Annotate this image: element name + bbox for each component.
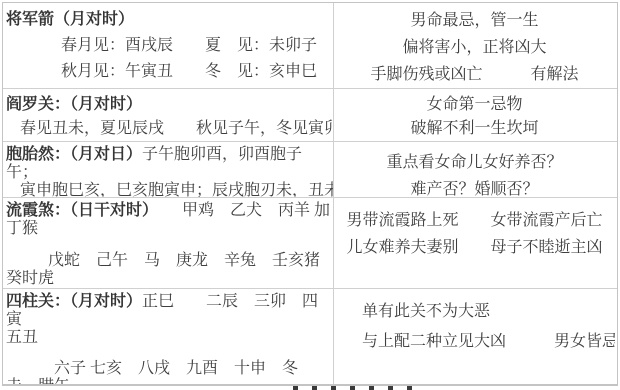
text-line: 儿女难养夫妻别 母子不睦逝主凶 [336,234,613,261]
text-line: 春月见：酉戌辰 夏 见：未卯子 [6,33,331,59]
guansha-table: 将军箭（月对时） 春月见：酉戌辰 夏 见：未卯子 秋月见：午寅丑 冬 见：亥申巳… [2,2,618,386]
text-line: 单有此关不为大恶 [362,297,613,327]
table-row: 将军箭（月对时） 春月见：酉戌辰 夏 见：未卯子 秋月见：午寅丑 冬 见：亥申巳… [3,3,617,89]
section-title: 胞胎然：（月对日） [6,146,142,163]
table-row: 流霞煞：（日干对时） 甲鸡 乙犬 丙羊 加 丁猴 戊蛇 己午 马 庚龙 辛兔 壬… [3,198,617,289]
cell-jiangjunjian: 将军箭（月对时） 春月见：酉戌辰 夏 见：未卯子 秋月见：午寅丑 冬 见：亥申巳 [3,3,334,88]
cell-baotairan-notes: 重点看女命儿女好养否？ 难产否？婚顺否？ [334,142,615,197]
section-title: 流霞煞：（日干对时） [6,202,150,219]
text-line: 偏将害小，正将凶大 [336,34,613,61]
text-line: 重点看女命儿女好养否？ [336,149,613,176]
text-line: 破解不利一生坎坷 [336,117,613,141]
text-line: 女命第一忌物 [336,93,613,117]
table-row: 四柱关：（月对时）正巳 二辰 三卯 四寅 五丑 六子 七亥 八戌 九酉 十申 冬… [3,289,617,385]
text-line: 六子 七亥 八戌 九酉 十申 冬 [6,360,331,378]
section-title: 四柱关：（月对时） [6,293,142,310]
text-line: 与上配二种立见大凶 男女皆忌 [362,327,613,357]
cell-sizhuguan: 四柱关：（月对时）正巳 二辰 三卯 四寅 五丑 六子 七亥 八戌 九酉 十申 冬… [3,289,334,384]
text-line: 流霞煞：（日干对时） 甲鸡 乙犬 丙羊 加 [6,202,331,220]
section-title: 阎罗关：（月对时） [6,93,331,117]
text-line: 手脚伤残或凶亡 有解法 [336,61,613,88]
text-line: 秋月见：午寅丑 冬 见：亥申巳 [6,59,331,85]
cell-baotairan: 胞胎然：（月对日）子午胞卯酉，卯酉胞子午； 寅申胞巳亥，巳亥胞寅申；辰戌胞刃未，… [3,142,334,197]
table-row: 阎罗关：（月对时） 春见丑未，夏见辰戌 秋见子午，冬见寅卯 女命第一忌物 破解不… [3,89,617,142]
text-line: 戊蛇 己午 马 庚龙 辛兔 壬亥猪 [6,252,331,270]
cell-sizhuguan-notes: 单有此关不为大恶 与上配二种立见大凶 男女皆忌 [334,289,615,384]
clipped-text-fragment [293,386,421,390]
text-line: 癸时虎 [6,270,331,288]
section-title: 将军箭（月对时） [6,7,331,33]
text-line: 男带流霞路上死 女带流霞产后亡 [336,207,613,234]
cell-liuxiasha: 流霞煞：（日干对时） 甲鸡 乙犬 丙羊 加 丁猴 戊蛇 己午 马 庚龙 辛兔 壬… [3,198,334,288]
text-line: 男命最忌，管一生 [336,7,613,34]
text-line: 四柱关：（月对时）正巳 二辰 三卯 四寅 [6,293,331,329]
table-row: 胞胎然：（月对日）子午胞卯酉，卯酉胞子午； 寅申胞巳亥，巳亥胞寅申；辰戌胞刃未，… [3,142,617,198]
text-run: 甲鸡 乙犬 丙羊 加 [150,202,330,219]
cell-jiangjunjian-notes: 男命最忌，管一生 偏将害小，正将凶大 手脚伤残或凶亡 有解法 [334,3,615,88]
cell-liuxiasha-notes: 男带流霞路上死 女带流霞产后亡 儿女难养夫妻别 母子不睦逝主凶 [334,198,615,288]
cell-yanluoguan: 阎罗关：（月对时） 春见丑未，夏见辰戌 秋见子午，冬见寅卯 [3,89,334,141]
text-line: 五丑 [6,329,331,347]
text-line: 难产否？婚顺否？ [336,176,613,197]
text-line: 寅申胞巳亥，巳亥胞寅申；辰戌胞刃未，丑未 [6,182,331,197]
text-line: 未 腊午 [6,378,331,384]
text-line: 胞胎然：（月对日）子午胞卯酉，卯酉胞子午； [6,146,331,182]
text-line: 春见丑未，夏见辰戌 秋见子午，冬见寅卯 [6,117,331,141]
cell-yanluoguan-notes: 女命第一忌物 破解不利一生坎坷 [334,89,615,141]
text-line: 丁猴 [6,220,331,238]
